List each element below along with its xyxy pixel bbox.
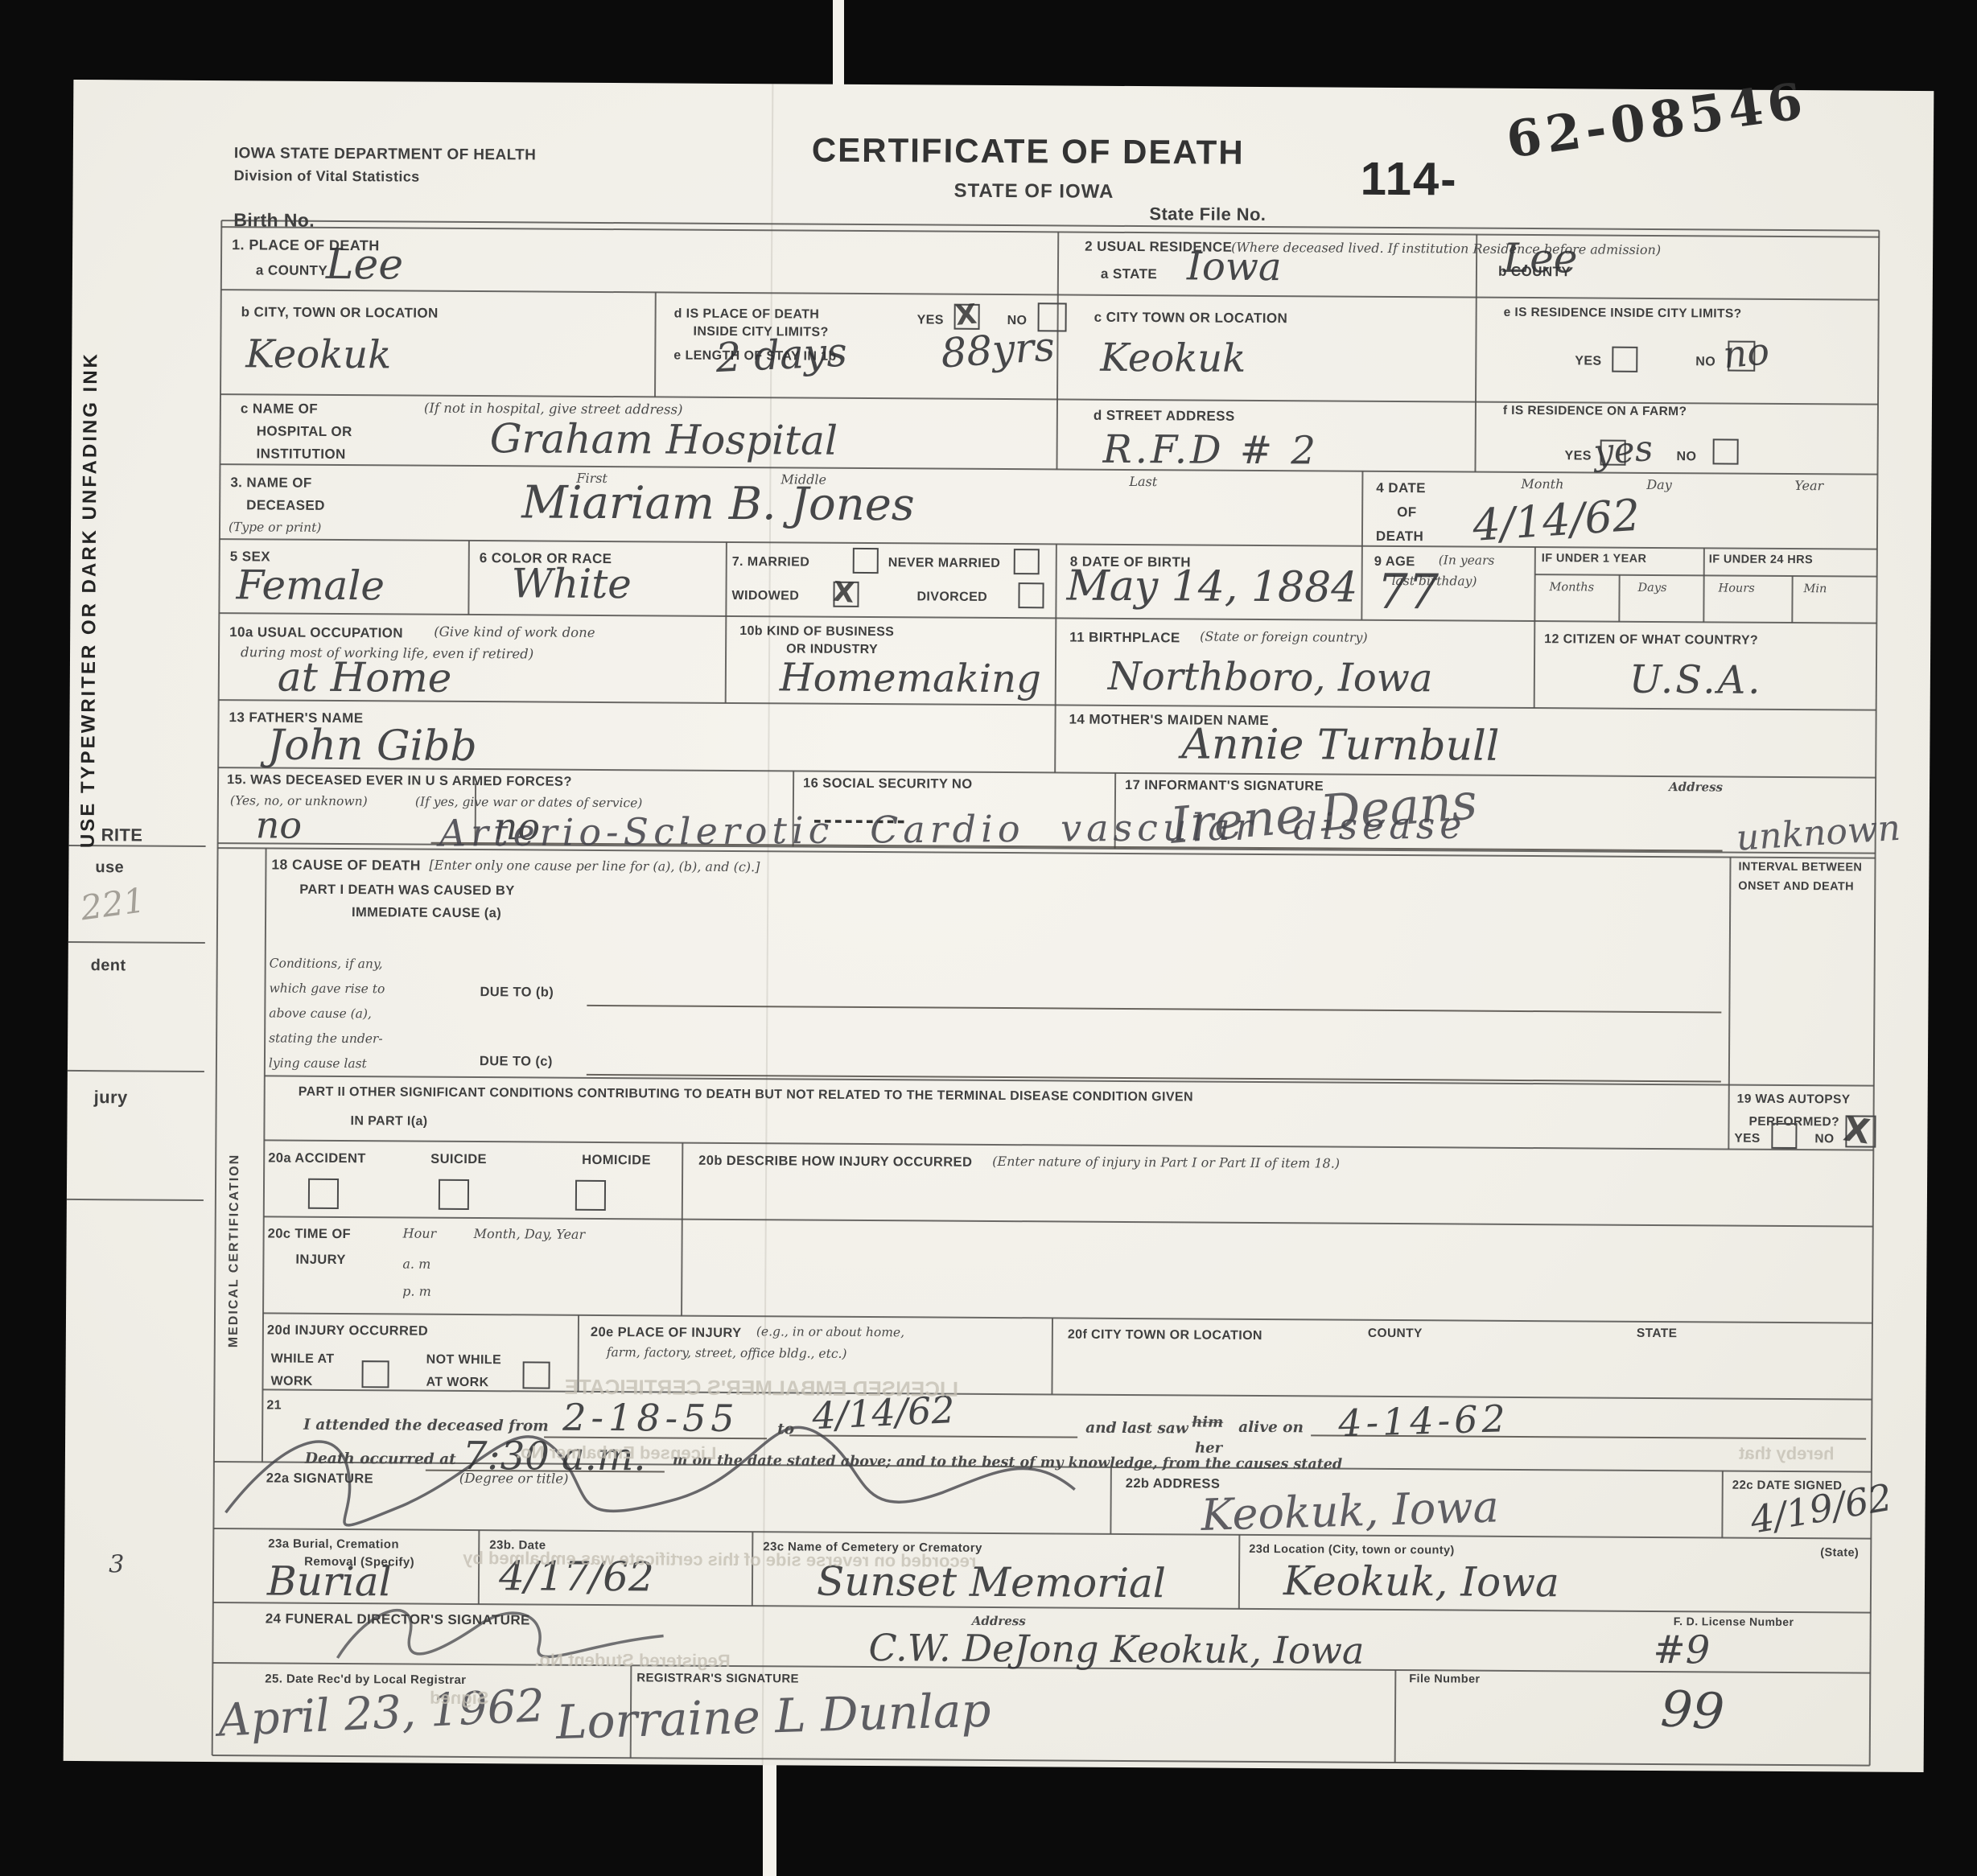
field-20c-label-1: 20c TIME OF: [268, 1226, 352, 1242]
margin-fragment: jury: [94, 1087, 128, 1108]
field-2a-label: a STATE: [1101, 266, 1157, 282]
field-9-label-2: (In years: [1439, 553, 1495, 567]
hours-label: Hours: [1719, 582, 1755, 594]
fd-license-value: #9: [1653, 1627, 1710, 1672]
field-20e-hint-1: (e.g., in or about home,: [756, 1324, 904, 1339]
scanned-death-certificate: USE TYPEWRITER OR DARK UNFADING INK MEDI…: [0, 0, 1977, 1876]
field-1d-yes-mark: X: [954, 298, 978, 332]
field-2e-yes-label: YES: [1575, 354, 1601, 368]
field-1a-value: Lee: [326, 241, 403, 290]
min-label: Min: [1804, 582, 1827, 595]
attended-from-label: I attended the deceased from: [303, 1417, 549, 1435]
conditions-note-3: above cause (a),: [269, 1006, 372, 1021]
field-7-widowed-label: WIDOWED: [731, 589, 799, 604]
am-label: a. m: [402, 1256, 430, 1271]
field-24-address-value: C.W. DeJong Keokuk, Iowa: [868, 1626, 1364, 1672]
field-11-label: 11 BIRTHPLACE: [1069, 630, 1180, 647]
field-22b-value: Keokuk, Iowa: [1201, 1481, 1500, 1541]
field-4-label-2: OF: [1397, 504, 1417, 520]
field-2e-label: e IS RESIDENCE INSIDE CITY LIMITS?: [1504, 306, 1742, 322]
month-day-year-label: Month, Day, Year: [474, 1226, 586, 1242]
bleedthrough-text: recorded on reverse side of this certifi…: [463, 1548, 976, 1572]
field-2e-no-scrawl: no: [1721, 329, 1771, 376]
medical-certification-vertical: MEDICAL CERTIFICATION: [227, 929, 244, 1347]
field-11-hint: (State or foreign country): [1200, 629, 1368, 645]
field-12-value: U.S.A.: [1629, 657, 1763, 703]
while-at-work-checkbox: [361, 1360, 389, 1388]
death-occurred-label: Death occurred at: [305, 1450, 456, 1468]
field-20a-homicide-label: HOMICIDE: [582, 1153, 651, 1169]
bleedthrough-text: LICENSED EMBALMER'S CERTIFICATE: [564, 1375, 958, 1402]
scan-seam-top: [833, 0, 844, 90]
field-1d-yes-label: YES: [917, 313, 944, 327]
part2-label-2: IN PART I(a): [350, 1114, 427, 1129]
registrar-signature-label: REGISTRAR'S SIGNATURE: [636, 1671, 799, 1685]
field-20b-label: 20b DESCRIBE HOW INJURY OCCURRED: [698, 1154, 972, 1170]
interval-label-1: INTERVAL BETWEEN: [1738, 861, 1862, 874]
due-to-b-label: DUE TO (b): [480, 985, 554, 1001]
margin-fragment: dent: [91, 957, 126, 975]
field-10a-hint-1: (Give kind of work done: [434, 624, 595, 640]
file-number-label: File Number: [1409, 1672, 1480, 1686]
field-2-hint: (Where deceased lived. If institution Re…: [1231, 240, 1661, 257]
field-2f-no-checkbox: [1713, 438, 1739, 464]
field-2f-yes-scrawl: yes: [1592, 428, 1654, 474]
at-work-label: AT WORK: [426, 1376, 488, 1390]
field-11-value: Northboro, Iowa: [1108, 654, 1433, 701]
agency-division: Division of Vital Statistics: [234, 167, 420, 185]
field-13-value: John Gibb: [267, 721, 477, 771]
last-saw-label: and last saw: [1085, 1420, 1188, 1438]
months-label: Months: [1550, 581, 1595, 594]
conditions-note-5: lying cause last: [269, 1055, 367, 1071]
field-4-day-label: Day: [1646, 477, 1672, 492]
field-1c-label-1: c NAME OF: [241, 401, 318, 418]
field-3-label-3: (Type or print): [229, 520, 321, 535]
bleedthrough-text: hereby that: [1739, 1443, 1835, 1465]
due-to-c-label: DUE TO (c): [480, 1054, 553, 1070]
field-23a-label-1: 23a Burial, Cremation: [268, 1537, 399, 1551]
under-1-year-label: IF UNDER 1 YEAR: [1542, 552, 1647, 566]
field-19-no-label: NO: [1814, 1132, 1834, 1146]
days-label: Days: [1638, 582, 1667, 594]
homicide-checkbox: [575, 1180, 606, 1211]
him-label-struck: him: [1192, 1413, 1223, 1430]
field-2f-yes-label: YES: [1565, 449, 1592, 463]
field-2a-value: Iowa: [1187, 244, 1282, 290]
field-18-hint: [Enter only one cause per line for (a), …: [429, 858, 760, 875]
state-file-value-handwritten: 114-: [1360, 152, 1457, 207]
field-7-married-label: 7. MARRIED: [732, 555, 810, 570]
field-20a-accident-label: 20a ACCIDENT: [268, 1150, 366, 1166]
part1-label-2: IMMEDIATE CAUSE (a): [352, 905, 501, 921]
field-22a-hint: (Degree or title): [459, 1471, 569, 1487]
field-23a-value: Burial: [267, 1557, 392, 1605]
attended-from-value: 2-18-55: [562, 1396, 739, 1440]
field-20e-hint-2: farm, factory, street, office bldg., etc…: [607, 1345, 847, 1361]
field-14-value: Annie Turnbull: [1181, 720, 1499, 770]
state-label: STATE: [1637, 1327, 1678, 1341]
certificate-title: CERTIFICATE OF DEATH: [812, 131, 1245, 172]
field-1a-label: a COUNTY: [256, 262, 327, 279]
margin-instruction-vertical: USE TYPEWRITER OR DARK UNFADING INK: [77, 124, 104, 848]
field-20a-suicide-label: SUICIDE: [430, 1152, 487, 1167]
cause-of-death-value: Arterio-Sclerotic Cardio vascular diseas…: [439, 804, 1467, 855]
field-4-label-1: 4 DATE: [1376, 480, 1426, 496]
field-2b-value: Lee: [1503, 235, 1578, 282]
field-1c-hint: (If not in hospital, give street address…: [424, 401, 683, 418]
field-7-divorced-label: DIVORCED: [916, 590, 987, 605]
county-label: COUNTY: [1368, 1327, 1423, 1341]
field-1e-value-1: 2 days: [715, 329, 848, 381]
field-22a-label: 22a SIGNATURE: [266, 1471, 373, 1487]
field-7-never-label: NEVER MARRIED: [888, 556, 1001, 571]
field-19-yes-label: YES: [1734, 1132, 1760, 1146]
field-2c-value: Keokuk: [1100, 335, 1246, 381]
field-2c-label: c CITY TOWN OR LOCATION: [1094, 310, 1288, 327]
field-2f-no-label: NO: [1677, 450, 1697, 464]
field-20b-hint: (Enter nature of injury in Part I or Par…: [992, 1154, 1340, 1171]
to-label: to: [777, 1421, 794, 1438]
field-5-value: Female: [236, 562, 385, 609]
field-3-value: Miariam B. Jones: [521, 476, 915, 531]
field-3-label-1: 3. NAME OF: [230, 475, 311, 492]
last-saw-alive-value: 4-14-62: [1338, 1397, 1510, 1445]
birth-no-label: Birth No.: [233, 209, 315, 232]
her-label: her: [1195, 1440, 1222, 1457]
field-10a-value: at Home: [278, 654, 452, 701]
field-4-year-label: Year: [1794, 478, 1823, 493]
while-at-label: WHILE AT: [271, 1351, 335, 1366]
certificate-subtitle: STATE OF IOWA: [953, 180, 1114, 204]
field-1c-value: Graham Hospital: [490, 415, 838, 464]
work-label: WORK: [270, 1374, 312, 1388]
field-9-value: 77: [1377, 564, 1439, 620]
bleedthrough-text: Licensed Embalmer No.: [516, 1442, 717, 1464]
field-15-label: 15. WAS DECEASED EVER IN U S ARMED FORCE…: [227, 772, 572, 790]
field-19-label-1: 19 WAS AUTOPSY: [1737, 1092, 1851, 1108]
field-8-value: May 14, 1884: [1066, 562, 1357, 612]
conditions-note-2: which gave rise to: [269, 981, 385, 996]
field-20f-label: 20f CITY TOWN OR LOCATION: [1068, 1328, 1262, 1343]
field-2d-label: d STREET ADDRESS: [1094, 408, 1235, 425]
field-15-value-1: no: [256, 803, 303, 846]
field-12-label: 12 CITIZEN OF WHAT COUNTRY?: [1544, 632, 1758, 648]
field-7-married-checkbox: [853, 548, 879, 574]
field-24-label: 24 FUNERAL DIRECTOR'S SIGNATURE: [266, 1611, 530, 1628]
field-3-label-2: DECEASED: [246, 497, 325, 514]
field-2e-no-label: NO: [1695, 355, 1715, 369]
field-4-label-3: DEATH: [1376, 529, 1423, 545]
scan-seam-bottom: [763, 1763, 776, 1876]
field-23d-state-label: (State): [1820, 1546, 1859, 1559]
certificate-paper: USE TYPEWRITER OR DARK UNFADING INK MEDI…: [64, 80, 1934, 1772]
field-1c-label-3: INSTITUTION: [257, 446, 346, 463]
field-20c-label-2: INJURY: [295, 1253, 345, 1268]
bleedthrough-text: Registered Student No.: [534, 1649, 730, 1671]
field-7-widowed-mark: X: [832, 576, 856, 610]
file-number-value: 99: [1659, 1679, 1726, 1741]
field-21-number: 21: [266, 1398, 282, 1413]
field-4-month-label: Month: [1521, 476, 1563, 492]
field-3-last-label: Last: [1129, 474, 1157, 489]
agency-name: IOWA STATE DEPARTMENT OF HEALTH: [234, 145, 537, 164]
margin-fragment: RITE: [101, 825, 143, 845]
not-while-at-work-checkbox: [522, 1361, 550, 1388]
field-1c-label-2: HOSPITAL OR: [257, 423, 352, 440]
part1-label-1: PART I DEATH WAS CAUSED BY: [299, 882, 515, 899]
field-18-label: 18 CAUSE OF DEATH: [271, 856, 421, 874]
not-while-label: NOT WHILE: [426, 1353, 501, 1368]
field-1e-value-2: 88yrs: [940, 323, 1056, 377]
field-1b-value: Keokuk: [245, 331, 391, 377]
alive-on-label: alive on: [1238, 1419, 1304, 1436]
field-10b-label-1: 10b KIND OF BUSINESS: [739, 624, 894, 640]
field-2e-yes-checkbox: [1612, 347, 1637, 372]
field-23d-label: 23d Location (City, town or county): [1249, 1543, 1454, 1557]
pm-label: p. m: [402, 1283, 431, 1298]
bleedthrough-text: Signed: [430, 1688, 489, 1709]
field-16-label: 16 SOCIAL SECURITY NO: [803, 776, 973, 792]
under-24-hrs-label: IF UNDER 24 HRS: [1709, 553, 1813, 566]
field-20d-label: 20d INJURY OCCURRED: [267, 1323, 428, 1339]
field-7-divorced-checkbox: [1018, 582, 1044, 608]
conditions-note-4: stating the under-: [269, 1031, 383, 1046]
field-1d-label-1: d IS PLACE OF DEATH: [674, 307, 820, 323]
field-20e-label: 20e PLACE OF INJURY: [591, 1325, 742, 1341]
field-2f-label: f IS RESIDENCE ON A FARM?: [1503, 404, 1687, 419]
field-1b-label: b CITY, TOWN OR LOCATION: [241, 304, 439, 321]
field-10a-label: 10a USUAL OCCUPATION: [229, 624, 403, 641]
hour-label: Hour: [403, 1225, 437, 1240]
field-6-value: White: [511, 560, 632, 607]
field-2d-value: R.F.D # 2: [1102, 427, 1319, 474]
field-10b-value: Homemaking: [780, 655, 1041, 701]
field-19-yes-checkbox: [1771, 1123, 1797, 1149]
interval-label-2: ONSET AND DEATH: [1738, 880, 1854, 894]
accident-checkbox: [308, 1179, 339, 1209]
state-file-label: State File No.: [1149, 204, 1266, 225]
field-17-address-label: Address: [1669, 780, 1723, 794]
field-7-never-checkbox: [1014, 549, 1040, 574]
conditions-note-1: Conditions, if any,: [270, 956, 383, 971]
field-4-value: 4/14/62: [1471, 490, 1641, 551]
field-23d-value: Keokuk, Iowa: [1283, 1557, 1559, 1606]
fd-license-label: F. D. License Number: [1674, 1615, 1794, 1628]
margin-fragment: use: [95, 858, 124, 877]
suicide-checkbox: [439, 1179, 469, 1210]
margin-fragment: 3: [109, 1550, 124, 1578]
